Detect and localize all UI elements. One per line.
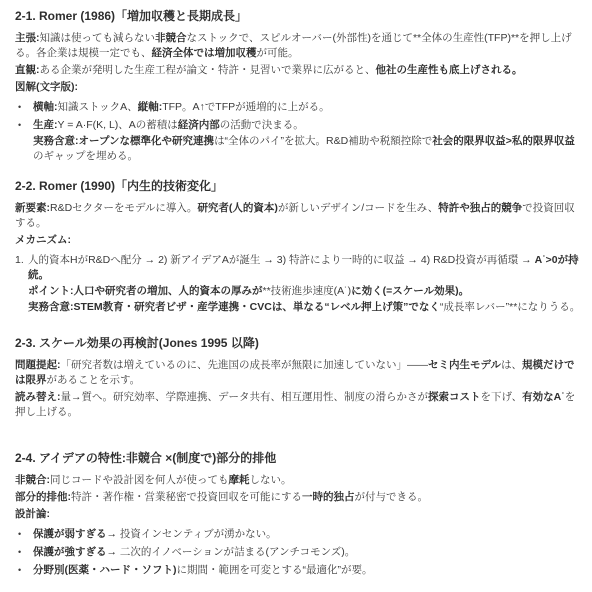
emphasis-text: 他社の生産性も底上げされる。 — [376, 64, 523, 76]
text-run: が可能。 — [257, 47, 299, 59]
item-number: 1. — [15, 253, 24, 268]
text-run: 人的資本HがR&Dへ配分 → 2) 新アイデアAが誕生 → 3) 特許により一時… — [28, 254, 535, 266]
emphasis-text: 保護が弱すぎる→ — [33, 528, 117, 540]
emphasis-text: 設計論: — [15, 508, 50, 520]
text-run: は、 — [501, 359, 522, 371]
list-item-text: 保護が強すぎる→ 二次的イノベーションが詰まる(アンチコモンズ)。 — [33, 546, 355, 558]
emphasis-text: 特許や独占的競争 — [438, 202, 522, 214]
emphasis-text: メカニズム: — [15, 234, 71, 246]
paragraph: 非競合:同じコードや設計図を何人が使っても摩耗しない。 — [15, 473, 582, 488]
text-run: 二次的イノベーションが詰まる(アンチコモンズ)。 — [117, 546, 355, 558]
bullet-icon: • — [18, 118, 21, 133]
text-run: 知識は使っても減らない — [40, 32, 156, 44]
emphasis-text: 有効なA˙ — [522, 391, 565, 403]
emphasis-text: 図解(文字版): — [15, 81, 78, 93]
text-run: を下げ、 — [481, 391, 523, 403]
list-item: •保護が弱すぎる→ 投資インセンティブが湧かない。 — [15, 527, 582, 542]
bullet-icon: • — [18, 563, 21, 578]
text-run: が付与できる。 — [355, 491, 429, 503]
doc-section: 2-4. アイデアの特性:非競合 ×(制度で)部分的排他非競合:同じコードや設計… — [15, 450, 582, 578]
emphasis-text: 探索コスト — [428, 391, 481, 403]
numbered-list: 1.人的資本HがR&Dへ配分 → 2) 新アイデアAが誕生 → 3) 特許により… — [15, 253, 582, 315]
paragraph: 主張:知識は使っても減らない非競合なストックで、スピルオーバー(外部性)を通じて… — [15, 31, 582, 61]
emphasis-text: 主張: — [15, 32, 40, 44]
list-item: •保護が強すぎる→ 二次的イノベーションが詰まる(アンチコモンズ)。 — [15, 545, 582, 560]
emphasis-text: 横軸: — [33, 101, 58, 113]
emphasis-text: 新要素: — [15, 202, 50, 214]
bullet-list: •保護が弱すぎる→ 投資インセンティブが湧かない。•保護が強すぎる→ 二次的イノ… — [15, 527, 582, 578]
emphasis-text: 経済全体では増加収穫 — [152, 47, 257, 59]
list-item-text: 人的資本HがR&Dへ配分 → 2) 新アイデアAが誕生 → 3) 特許により一時… — [28, 254, 579, 281]
paragraph: 新要素:R&Dセクターをモデルに導入。研究者(人的資本)が新しいデザイン/コード… — [15, 201, 582, 231]
text-run: のギャップを埋める。 — [33, 150, 138, 162]
list-item: •生産:Y = A·F(K, L)、Aの蓄積は経済内部の活動で決まる。実務含意:… — [15, 118, 582, 164]
paragraph: 直観:ある企業が発明した生産工程が論文・特許・見習いで業界に広がると、他社の生産… — [15, 63, 582, 78]
emphasis-text: セミ内生モデル — [428, 359, 501, 371]
text-run: 特許・著作権・営業秘密で投資回収を可能にする — [71, 491, 302, 503]
emphasis-text: 分野別(医薬・ハード・ソフト) — [33, 564, 177, 576]
continuation-paragraph: 実務含意:オープンな標準化や研究連携は“全体のパイ”を拡大。R&D補助や税額控除… — [33, 134, 582, 164]
list-item: 1.人的資本HがR&Dへ配分 → 2) 新アイデアAが誕生 → 3) 特許により… — [15, 253, 582, 315]
emphasis-text: 社会的限界収益>私的限界収益 — [432, 135, 575, 147]
paragraph: 設計論: — [15, 507, 582, 522]
section-heading: 2-3. スケール効果の再検討(Jones 1995 以降) — [15, 335, 582, 351]
list-item-text: 保護が弱すぎる→ 投資インセンティブが湧かない。 — [33, 528, 277, 540]
list-item: •横軸:知識ストックA、縦軸:TFP。A↑でTFPが逓増的に上がる。 — [15, 100, 582, 115]
emphasis-text: 摩耗 — [229, 474, 250, 486]
paragraph: メカニズム: — [15, 233, 582, 248]
list-item: •分野別(医薬・ハード・ソフト)に期間・範囲を可変とする“最適化”が要。 — [15, 563, 582, 578]
document-page: 2-1. Romer (1986)「増加収穫と長期成長」主張:知識は使っても減ら… — [15, 8, 582, 578]
paragraph: 図解(文字版): — [15, 80, 582, 95]
doc-section: 2-3. スケール効果の再検討(Jones 1995 以降)問題提起:「研究者数… — [15, 335, 582, 420]
text-run: は“全体のパイ”を拡大。R&D補助や税額控除で — [214, 135, 432, 147]
section-heading: 2-2. Romer (1990)「内生的技術変化」 — [15, 178, 582, 194]
emphasis-text: 非競合: — [15, 474, 50, 486]
text-run: 知識ストックA、 — [58, 101, 138, 113]
list-item-text: 分野別(医薬・ハード・ソフト)に期間・範囲を可変とする“最適化”が要。 — [33, 564, 373, 576]
continuation-paragraph: ポイント:人口や研究者の増加、人的資本の厚みが**技術進歩速度(A˙)に効く(=… — [28, 284, 582, 299]
emphasis-text: 問題提起: — [15, 359, 61, 371]
emphasis-text: 直観: — [15, 64, 40, 76]
text-run: TFP。A↑でTFPが逓増的に上がる。 — [162, 101, 329, 113]
text-run: “成長率レバー”**になりうる。 — [440, 301, 580, 313]
emphasis-text: 縦軸: — [138, 101, 163, 113]
list-item-text: 生産:Y = A·F(K, L)、Aの蓄積は経済内部の活動で決まる。 — [33, 119, 304, 131]
text-run: ある企業が発明した生産工程が論文・特許・見習いで業界に広がると、 — [40, 64, 376, 76]
doc-section: 2-2. Romer (1990)「内生的技術変化」新要素:R&Dセクターをモデ… — [15, 178, 582, 315]
paragraph: 部分的排他:特許・著作権・営業秘密で投資回収を可能にする一時的独占が付与できる。 — [15, 490, 582, 505]
text-run: 量→質へ。研究効率、学際連携、データ共有、相互運用性、制度の滑らかさが — [61, 391, 429, 403]
paragraph: 問題提起:「研究者数は増えているのに、先進国の成長率が無限に加速していない」――… — [15, 358, 582, 388]
text-run: の活動で決まる。 — [220, 119, 304, 131]
emphasis-text: 非競合 — [155, 32, 187, 44]
emphasis-text: 一時的独占 — [302, 491, 355, 503]
emphasis-text: 保護が強すぎる→ — [33, 546, 117, 558]
section-heading: 2-4. アイデアの特性:非競合 ×(制度で)部分的排他 — [15, 450, 582, 466]
section-heading: 2-1. Romer (1986)「増加収穫と長期成長」 — [15, 8, 582, 24]
text-run: **技術進歩速度(A˙) — [263, 285, 352, 297]
emphasis-text: 経済内部 — [178, 119, 220, 131]
text-run: が新しいデザイン/コードを生み、 — [278, 202, 438, 214]
emphasis-text: 実務含意:オープンな標準化や研究連携 — [33, 135, 214, 147]
text-run: があることを示す。 — [47, 374, 141, 386]
text-run: 同じコードや設計図を何人が使っても — [50, 474, 229, 486]
emphasis-text: ポイント:人口や研究者の増加、人的資本の厚みが — [28, 285, 263, 297]
bullet-list: •横軸:知識ストックA、縦軸:TFP。A↑でTFPが逓増的に上がる。•生産:Y … — [15, 100, 582, 164]
text-run: に期間・範囲を可変とする“最適化”が要。 — [177, 564, 373, 576]
emphasis-text: 部分的排他: — [15, 491, 71, 503]
emphasis-text: 実務含意:STEM教育・研究者ビザ・産学連携・CVCは、単なる“レベル押上げ策”… — [28, 301, 440, 313]
text-run: R&Dセクターをモデルに導入。 — [50, 202, 197, 214]
bullet-icon: • — [18, 100, 21, 115]
bullet-icon: • — [18, 527, 21, 542]
list-item-text: 横軸:知識ストックA、縦軸:TFP。A↑でTFPが逓増的に上がる。 — [33, 101, 330, 113]
text-run: しない。 — [250, 474, 292, 486]
emphasis-text: 研究者(人的資本) — [197, 202, 278, 214]
paragraph: 読み替え:量→質へ。研究効率、学際連携、データ共有、相互運用性、制度の滑らかさが… — [15, 390, 582, 420]
doc-section: 2-1. Romer (1986)「増加収穫と長期成長」主張:知識は使っても減ら… — [15, 8, 582, 164]
emphasis-text: に効く(=スケール効果)。 — [351, 285, 469, 297]
text-run: Y = A·F(K, L)、Aの蓄積は — [58, 119, 178, 131]
continuation-paragraph: 実務含意:STEM教育・研究者ビザ・産学連携・CVCは、単なる“レベル押上げ策”… — [28, 300, 582, 315]
emphasis-text: 読み替え: — [15, 391, 61, 403]
text-run: 「研究者数は増えているのに、先進国の成長率が無限に加速していない」―― — [61, 359, 429, 371]
bullet-icon: • — [18, 545, 21, 560]
emphasis-text: 生産: — [33, 119, 58, 131]
text-run: 投資インセンティブが湧かない。 — [117, 528, 277, 540]
